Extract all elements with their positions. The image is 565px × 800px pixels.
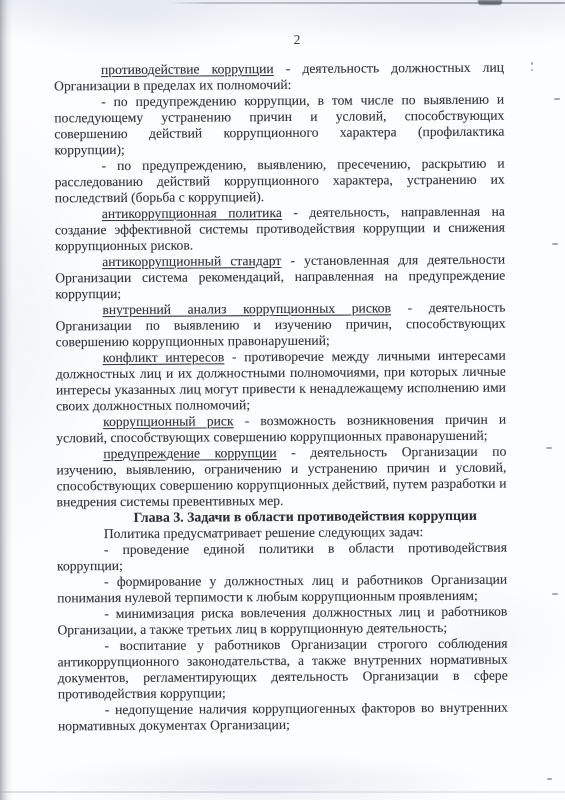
task-item: - проведение единой политики в области п… — [57, 540, 507, 575]
list-paragraph-text: - по предупреждению коррупции, в том чис… — [54, 92, 504, 158]
definition-term: антикоррупционная политика — [102, 205, 282, 221]
scan-left-edge-shadow — [0, 0, 13, 800]
scan-speck — [546, 447, 552, 449]
scan-speck — [531, 62, 533, 65]
scan-top-smudge — [478, 0, 502, 5]
definition-term: предупреждение коррупции — [103, 445, 276, 461]
scan-bottom-edge-line — [0, 791, 565, 793]
definition-paragraph: антикоррупционная политика - деятельност… — [55, 204, 505, 255]
scan-speck — [552, 243, 558, 245]
scan-speck — [554, 98, 560, 100]
scan-top-edge-line — [168, 2, 565, 4]
page-number: 2 — [56, 32, 506, 48]
task-item: - воспитание у работников Организации ст… — [57, 636, 507, 703]
definition-paragraph: предупреждение коррупции - деятельность … — [56, 444, 506, 511]
task-item: - минимизация риска вовлечения должностн… — [57, 604, 507, 639]
scan-speck — [552, 593, 558, 595]
definition-term: противодействие коррупции — [101, 61, 274, 77]
definition-paragraph: конфликт интересов - противоречие между … — [56, 348, 506, 415]
document-body: противодействие коррупции - деятельность… — [54, 60, 508, 735]
task-item: - формирование у должностных лиц и работ… — [57, 572, 507, 607]
list-paragraph-text: - по предупреждению, выявлению, пресечен… — [55, 156, 505, 206]
definition-paragraph: антикоррупционный стандарт - установленн… — [55, 252, 505, 303]
scan-speck — [531, 69, 533, 71]
definition-term: внутренний анализ коррупционных рисков — [102, 300, 391, 317]
scan-speck — [547, 778, 552, 780]
definition-term: коррупционный риск — [103, 413, 233, 429]
definition-term: антикоррупционный стандарт — [102, 253, 281, 269]
list-paragraph: - по предупреждению коррупции, в том чис… — [54, 92, 504, 159]
definition-paragraph: коррупционный риск - возможность возникн… — [56, 412, 506, 447]
definition-paragraph: внутренний анализ коррупционных рисков -… — [55, 300, 505, 351]
chapter-heading: Глава 3. Задачи в области противодействи… — [57, 508, 507, 527]
definition-paragraph: противодействие коррупции - деятельность… — [54, 60, 504, 95]
list-paragraph: - по предупреждению, выявлению, пресечен… — [55, 156, 505, 207]
task-item: - недопущение наличия коррупциогенных фа… — [58, 700, 508, 735]
definition-term: конфликт интересов — [103, 349, 225, 365]
